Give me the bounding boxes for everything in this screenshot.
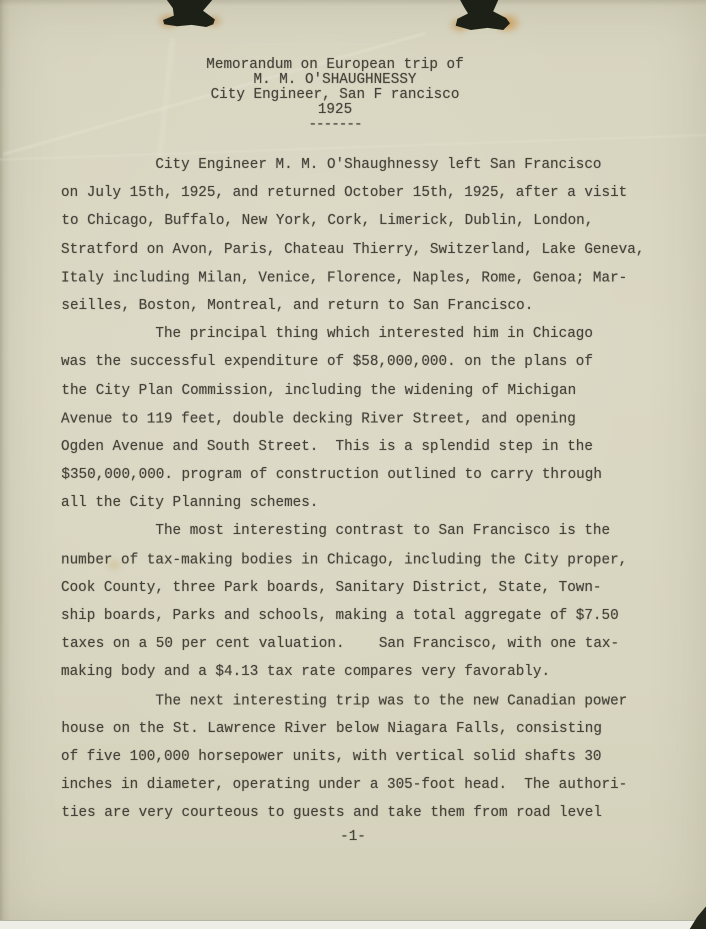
typed-line: was the successful expenditure of $58,00… — [61, 348, 661, 376]
memo-body: City Engineer M. M. O'Shaughnessy left S… — [61, 151, 661, 828]
typed-line: City Engineer M. M. O'Shaughnessy left S… — [61, 151, 661, 179]
typed-line: number of tax-making bodies in Chicago, … — [61, 546, 661, 574]
title-divider: ------- — [0, 118, 670, 133]
memo-title-block: Memorandum on European trip of M. M. O'S… — [0, 58, 670, 133]
typed-line: $350,000,000. program of construction ou… — [61, 461, 661, 489]
typed-line: house on the St. Lawrence River below Ni… — [61, 715, 661, 743]
typed-line: The most interesting contrast to San Fra… — [61, 517, 661, 545]
typed-line: inches in diameter, operating under a 30… — [61, 771, 661, 799]
typed-line: the City Plan Commission, including the … — [61, 377, 661, 405]
scanned-page: Memorandum on European trip of M. M. O'S… — [0, 0, 706, 929]
typed-line: Ogden Avenue and South Street. This is a… — [61, 433, 661, 461]
typed-line: all the City Planning schemes. — [61, 489, 661, 517]
typed-line: Stratford on Avon, Paris, Chateau Thierr… — [61, 236, 661, 264]
typed-line: on July 15th, 1925, and returned October… — [61, 179, 661, 207]
typed-line: Avenue to 119 feet, double decking River… — [61, 405, 661, 433]
page-number: -1- — [0, 823, 706, 851]
typed-line: The next interesting trip was to the new… — [61, 687, 661, 715]
memo-title-line-2: M. M. O'SHAUGHNESSY — [0, 73, 670, 88]
scanner-edge-strip — [0, 920, 706, 929]
typed-line: making body and a $4.13 tax rate compare… — [61, 658, 661, 686]
typed-line: to Chicago, Buffalo, New York, Cork, Lim… — [61, 207, 661, 235]
typed-line: Italy including Milan, Venice, Florence,… — [61, 264, 661, 292]
typed-line: seilles, Boston, Montreal, and return to… — [61, 292, 661, 320]
typed-line: ship boards, Parks and schools, making a… — [61, 602, 661, 630]
memo-title-line-3: City Engineer, San F rancisco — [0, 88, 670, 103]
memo-title-line-4: 1925 — [0, 103, 670, 118]
memo-title-line-1: Memorandum on European trip of — [0, 58, 670, 73]
typed-line: Cook County, three Park boards, Sanitary… — [61, 574, 661, 602]
typed-line: The principal thing which interested him… — [61, 320, 661, 348]
typed-line: of five 100,000 horsepower units, with v… — [61, 743, 661, 771]
typed-line: taxes on a 50 per cent valuation. San Fr… — [61, 630, 661, 658]
